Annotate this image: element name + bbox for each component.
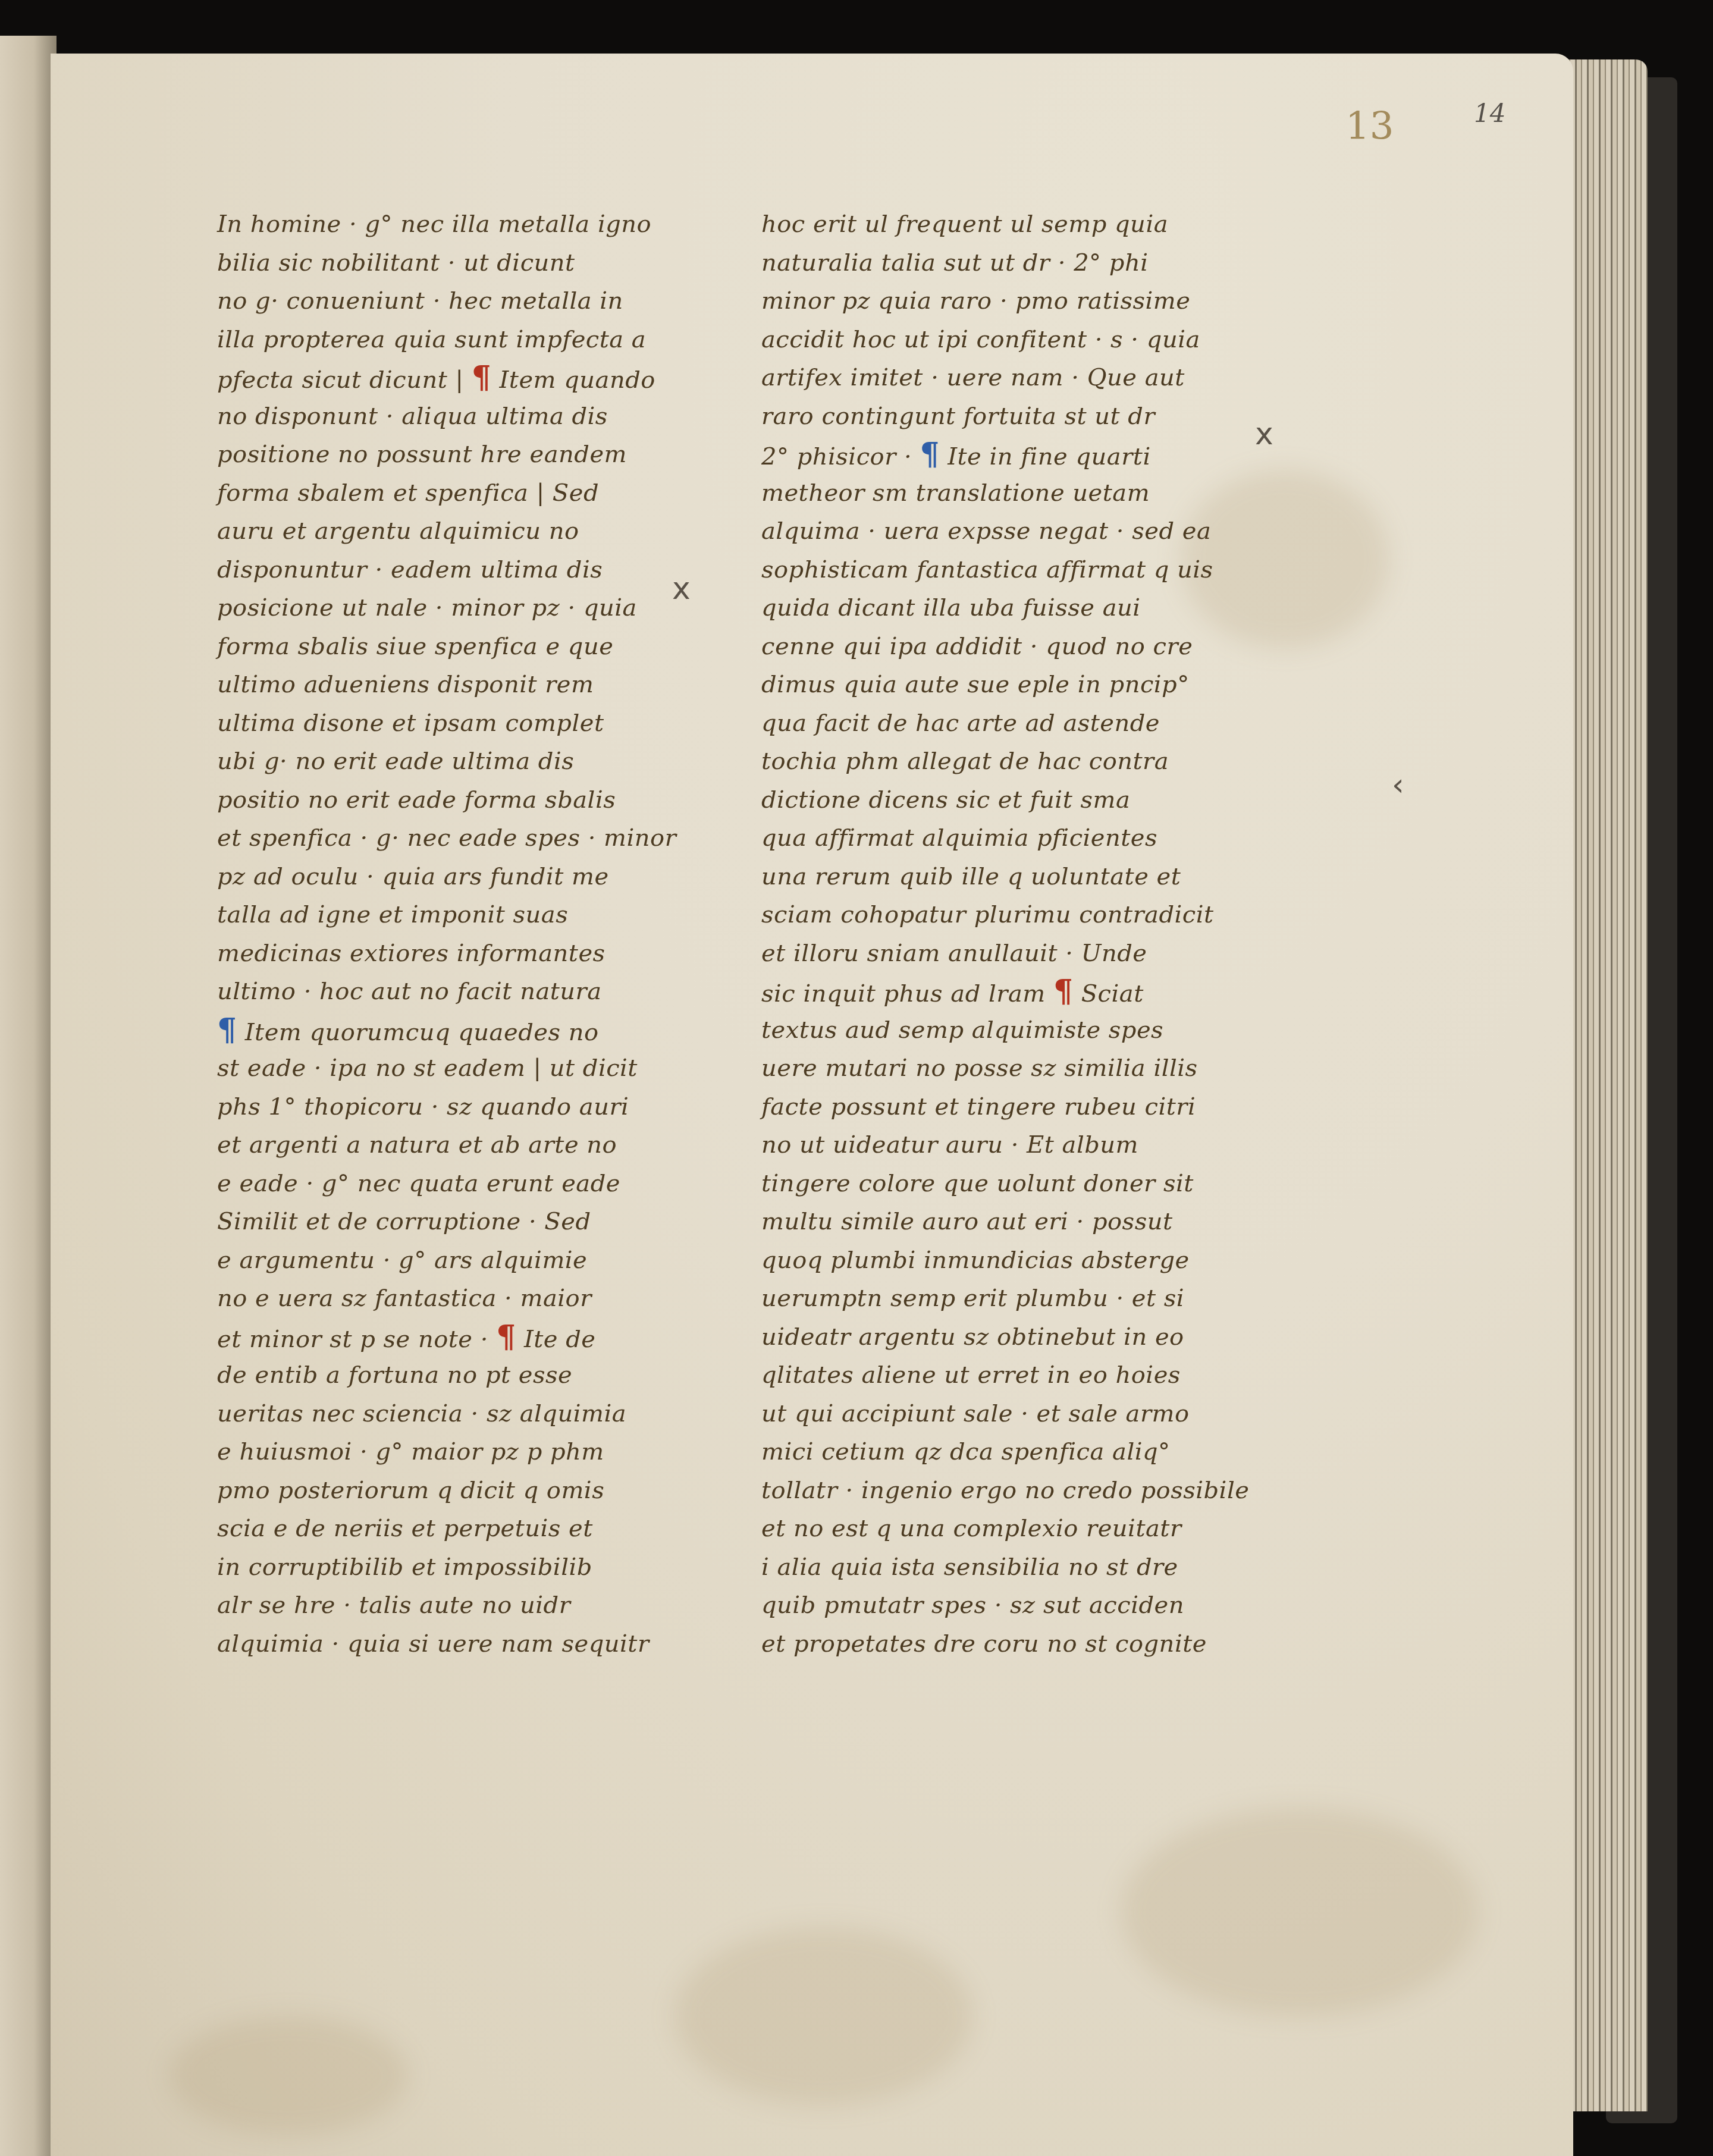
- text-line: multu simile auro aut eri · possut: [761, 1203, 1261, 1241]
- text-line: In homine · g° nec illa metalla igno: [217, 205, 669, 244]
- text-line: tollatr · ingenio ergo no credo possibil…: [761, 1471, 1261, 1510]
- text-line: sic inquit phus ad lram ¶ Sciat: [761, 972, 1261, 1011]
- text-line: ultimo adueniens disponit rem: [217, 666, 669, 704]
- text-line: alquimia · quia si uere nam sequitr: [217, 1625, 669, 1664]
- text-line: et minor st p se note · ¶ Ite de: [217, 1318, 669, 1357]
- text-line: phs 1° thopicoru · sz quando auri: [217, 1088, 669, 1126]
- text-line: 2° phisicor · ¶ Ite in fine quarti: [761, 435, 1261, 474]
- text-line: tingere colore que uolunt doner sit: [761, 1165, 1261, 1203]
- text-line: no g· conueniunt · hec metalla in: [217, 282, 669, 321]
- text-line: et argenti a natura et ab arte no: [217, 1126, 669, 1165]
- text-line: dictione dicens sic et fuit sma: [761, 781, 1261, 820]
- text-line: qlitates aliene ut erret in eo hoies: [761, 1356, 1261, 1395]
- text-line: minor pz quia raro · pmo ratissime: [761, 282, 1261, 321]
- pilcrow-rubric: ¶: [217, 1012, 237, 1048]
- text-line: forma sbalis siue spenfica e que: [217, 627, 669, 666]
- left-text-column: In homine · g° nec illa metalla ignobili…: [217, 205, 669, 1663]
- text-line: ultima disone et ipsam complet: [217, 704, 669, 743]
- text-line: naturalia talia sut ut dr · 2° phi: [761, 244, 1261, 283]
- text-line: talla ad igne et imponit suas: [217, 896, 669, 934]
- pilcrow-rubric: ¶: [1053, 973, 1074, 1009]
- text-line: no ut uideatur auru · Et album: [761, 1126, 1261, 1165]
- text-line: metheor sm translatione uetam: [761, 474, 1261, 513]
- text-line: pz ad oculu · quia ars fundit me: [217, 858, 669, 896]
- pilcrow-rubric: ¶: [472, 359, 492, 396]
- text-line: ultimo · hoc aut no facit natura: [217, 972, 669, 1011]
- text-line: accidit hoc ut ipi confitent · s · quia: [761, 321, 1261, 359]
- text-line: pfecta sicut dicunt | ¶ Item quando: [217, 359, 669, 397]
- text-line: ut qui accipiunt sale · et sale armo: [761, 1395, 1261, 1433]
- text-line: quib pmutatr spes · sz sut acciden: [761, 1586, 1261, 1625]
- facing-page-edge: [0, 36, 57, 2156]
- text-line: mici cetium qz dca spenfica aliq°: [761, 1433, 1261, 1471]
- text-line: uerumptn semp erit plumbu · et si: [761, 1279, 1261, 1318]
- text-line: ueritas nec sciencia · sz alquimia: [217, 1395, 669, 1433]
- text-line: no e uera sz fantastica · maior: [217, 1279, 669, 1318]
- folio-number-pencil: 14: [1474, 99, 1505, 128]
- text-line: i alia quia ista sensibilia no st dre: [761, 1548, 1261, 1587]
- text-line: uideatr argentu sz obtinebut in eo: [761, 1318, 1261, 1357]
- text-line: dimus quia aute sue eple in pncip°: [761, 666, 1261, 704]
- text-line: pmo posteriorum q dicit q omis: [217, 1471, 669, 1510]
- text-line: medicinas extiores informantes: [217, 934, 669, 973]
- text-line: posicione ut nale · minor pz · quia: [217, 589, 669, 627]
- text-line: alr se hre · talis aute no uidr: [217, 1586, 669, 1625]
- text-line: sophisticam fantastica affirmat q uis: [761, 551, 1261, 589]
- text-line: sciam cohopatur plurimu contradicit: [761, 896, 1261, 934]
- text-line: e eade · g° nec quata erunt eade: [217, 1165, 669, 1203]
- folio-number-ink: 13: [1345, 105, 1394, 149]
- text-line: et spenfica · g· nec eade spes · minor: [217, 819, 669, 858]
- marginal-x-mark: x: [1255, 416, 1273, 452]
- text-line: et propetates dre coru no st cognite: [761, 1625, 1261, 1664]
- text-line: ubi g· no erit eade ultima dis: [217, 742, 669, 781]
- text-line: uere mutari no posse sz similia illis: [761, 1049, 1261, 1088]
- text-line: auru et argentu alquimicu no: [217, 512, 669, 551]
- marginal-x-mark: x: [672, 571, 691, 607]
- text-line: qua affirmat alquimia pficientes: [761, 819, 1261, 858]
- text-line: cenne qui ipa addidit · quod no cre: [761, 627, 1261, 666]
- text-line: positio no erit eade forma sbalis: [217, 781, 669, 820]
- text-line: bilia sic nobilitant · ut dicunt: [217, 244, 669, 283]
- text-line: textus aud semp alquimiste spes: [761, 1011, 1261, 1050]
- text-line: qua facit de hac arte ad astende: [761, 704, 1261, 743]
- text-line: in corruptibilib et impossibilib: [217, 1548, 669, 1587]
- text-line: illa propterea quia sunt impfecta a: [217, 321, 669, 359]
- text-line: quida dicant illa uba fuisse aui: [761, 589, 1261, 627]
- text-line: Similit et de corruptione · Sed: [217, 1203, 669, 1241]
- text-line: una rerum quib ille q uoluntate et: [761, 858, 1261, 896]
- text-line: e huiusmoi · g° maior pz p phm: [217, 1433, 669, 1471]
- text-line: tochia phm allegat de hac contra: [761, 742, 1261, 781]
- text-line: artifex imitet · uere nam · Que aut: [761, 359, 1261, 397]
- text-line: et no est q una complexio reuitatr: [761, 1509, 1261, 1548]
- text-line: alquima · uera expsse negat · sed ea: [761, 512, 1261, 551]
- text-line: positione no possunt hre eandem: [217, 435, 669, 474]
- text-line: disponuntur · eadem ultima dis: [217, 551, 669, 589]
- text-line: hoc erit ul frequent ul semp quia: [761, 205, 1261, 244]
- marginal-tick-mark: ‹: [1392, 767, 1404, 803]
- text-line: ¶ Item quorumcuq quaedes no: [217, 1011, 669, 1050]
- text-line: et illoru sniam anullauit · Unde: [761, 934, 1261, 973]
- text-line: de entib a fortuna no pt esse: [217, 1356, 669, 1395]
- text-line: st eade · ipa no st eadem | ut dicit: [217, 1049, 669, 1088]
- pilcrow-rubric: ¶: [920, 436, 940, 472]
- text-line: quoq plumbi inmundicias absterge: [761, 1241, 1261, 1280]
- right-text-column: hoc erit ul frequent ul semp quianatural…: [761, 205, 1261, 1663]
- text-line: raro contingunt fortuita st ut dr: [761, 397, 1261, 436]
- text-line: forma sbalem et spenfica | Sed: [217, 474, 669, 513]
- text-line: facte possunt et tingere rubeu citri: [761, 1088, 1261, 1126]
- text-line: e argumentu · g° ars alquimie: [217, 1241, 669, 1280]
- text-line: scia e de neriis et perpetuis et: [217, 1509, 669, 1548]
- text-line: no disponunt · aliqua ultima dis: [217, 397, 669, 436]
- pilcrow-rubric: ¶: [496, 1319, 516, 1355]
